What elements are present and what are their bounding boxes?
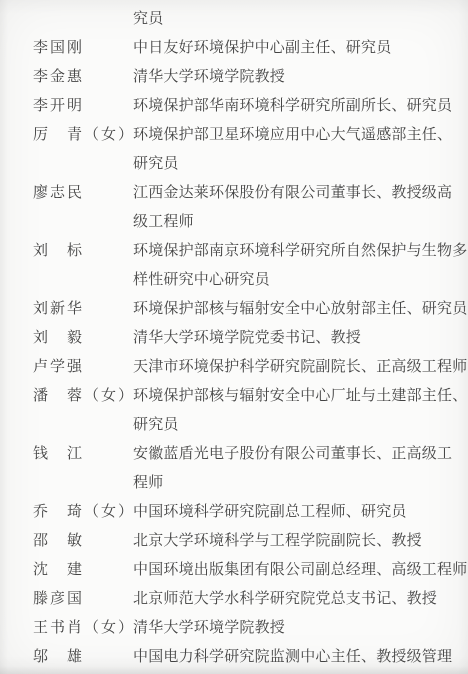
- table-row: 王书肖（女） 清华大学环境学院教授: [33, 613, 468, 642]
- person-title: 中国环境出版集团有限公司副总经理、高级工程师: [133, 555, 468, 584]
- table-row: 李国刚 中日友好环境保护中心副主任、研究员: [33, 33, 468, 62]
- person-name: 李开明: [33, 91, 133, 120]
- person-name: 李国刚: [33, 33, 133, 62]
- person-name: 刘新华: [33, 294, 133, 323]
- person-title: 中国电力科学研究院监测中心主任、教授级管理: [133, 642, 468, 671]
- person-title: 环境保护部核与辐射安全中心放射部主任、研究员: [133, 294, 468, 323]
- table-row: 刘 标 环境保护部南京环境科学研究所自然保护与生物多 样性研究中心研究员: [33, 236, 468, 294]
- table-row: 沈 建 中国环境出版集团有限公司副总经理、高级工程师: [33, 555, 468, 584]
- person-title: 清华大学环境学院党委书记、教授: [133, 323, 468, 352]
- person-title: 北京师范大学水科学研究院党总支书记、教授: [133, 584, 468, 613]
- person-title: 中日友好环境保护中心副主任、研究员: [133, 33, 468, 62]
- person-title: 究员: [133, 4, 468, 33]
- person-title: 中国环境科学研究院副总工程师、研究员: [133, 497, 468, 526]
- person-name: 沈 建: [33, 555, 133, 584]
- person-name: 李金惠: [33, 62, 133, 91]
- table-row: 李金惠 清华大学环境学院教授: [33, 62, 468, 91]
- table-row: 潘 蓉（女） 环境保护部核与辐射安全中心厂址与土建部主任、 研究员: [33, 381, 468, 439]
- table-row: 乔 琦（女） 中国环境科学研究院副总工程师、研究员: [33, 497, 468, 526]
- person-title: 清华大学环境学院教授: [133, 62, 468, 91]
- table-row: 滕彦国 北京师范大学水科学研究院党总支书记、教授: [33, 584, 468, 613]
- person-name: 刘 标: [33, 236, 133, 265]
- table-row: 刘新华 环境保护部核与辐射安全中心放射部主任、研究员: [33, 294, 468, 323]
- person-name: 刘 毅: [33, 323, 133, 352]
- person-title: 环境保护部华南环境科学研究所副所长、研究员: [133, 91, 468, 120]
- person-title: 安徽蓝盾光电子股份有限公司董事长、正高级工 程师: [133, 439, 468, 497]
- table-row: 卢学强 天津市环境保护科学研究院副院长、正高级工程师: [33, 352, 468, 381]
- person-name: 厉 青（女）: [33, 120, 133, 149]
- person-name: 卢学强: [33, 352, 133, 381]
- person-name: 滕彦国: [33, 584, 133, 613]
- person-title: 环境保护部核与辐射安全中心厂址与土建部主任、 研究员: [133, 381, 468, 439]
- table-row: 邵 敏 北京大学环境科学与工程学院副院长、教授: [33, 526, 468, 555]
- table-row: 究员: [33, 4, 468, 33]
- person-name: 邬 雄: [33, 642, 133, 671]
- person-name: 乔 琦（女）: [33, 497, 133, 526]
- table-row: 厉 青（女） 环境保护部卫星环境应用中心大气遥感部主任、 研究员: [33, 120, 468, 178]
- roster-list: 究员 李国刚 中日友好环境保护中心副主任、研究员 李金惠 清华大学环境学院教授 …: [0, 0, 468, 671]
- table-row: 李开明 环境保护部华南环境科学研究所副所长、研究员: [33, 91, 468, 120]
- person-name: 钱 江: [33, 439, 133, 468]
- person-title: 环境保护部南京环境科学研究所自然保护与生物多 样性研究中心研究员: [133, 236, 468, 294]
- person-name: 潘 蓉（女）: [33, 381, 133, 410]
- table-row: 刘 毅 清华大学环境学院党委书记、教授: [33, 323, 468, 352]
- person-name: 廖志民: [33, 178, 133, 207]
- person-title: 清华大学环境学院教授: [133, 613, 468, 642]
- person-title: 北京大学环境科学与工程学院副院长、教授: [133, 526, 468, 555]
- table-row: 廖志民 江西金达莱环保股份有限公司董事长、教授级高 级工程师: [33, 178, 468, 236]
- person-title: 江西金达莱环保股份有限公司董事长、教授级高 级工程师: [133, 178, 468, 236]
- person-name: 王书肖（女）: [33, 613, 133, 642]
- document-page: 究员 李国刚 中日友好环境保护中心副主任、研究员 李金惠 清华大学环境学院教授 …: [0, 0, 468, 674]
- table-row: 邬 雄 中国电力科学研究院监测中心主任、教授级管理: [33, 642, 468, 671]
- person-title: 天津市环境保护科学研究院副院长、正高级工程师: [133, 352, 468, 381]
- table-row: 钱 江 安徽蓝盾光电子股份有限公司董事长、正高级工 程师: [33, 439, 468, 497]
- person-title: 环境保护部卫星环境应用中心大气遥感部主任、 研究员: [133, 120, 468, 178]
- person-name: 邵 敏: [33, 526, 133, 555]
